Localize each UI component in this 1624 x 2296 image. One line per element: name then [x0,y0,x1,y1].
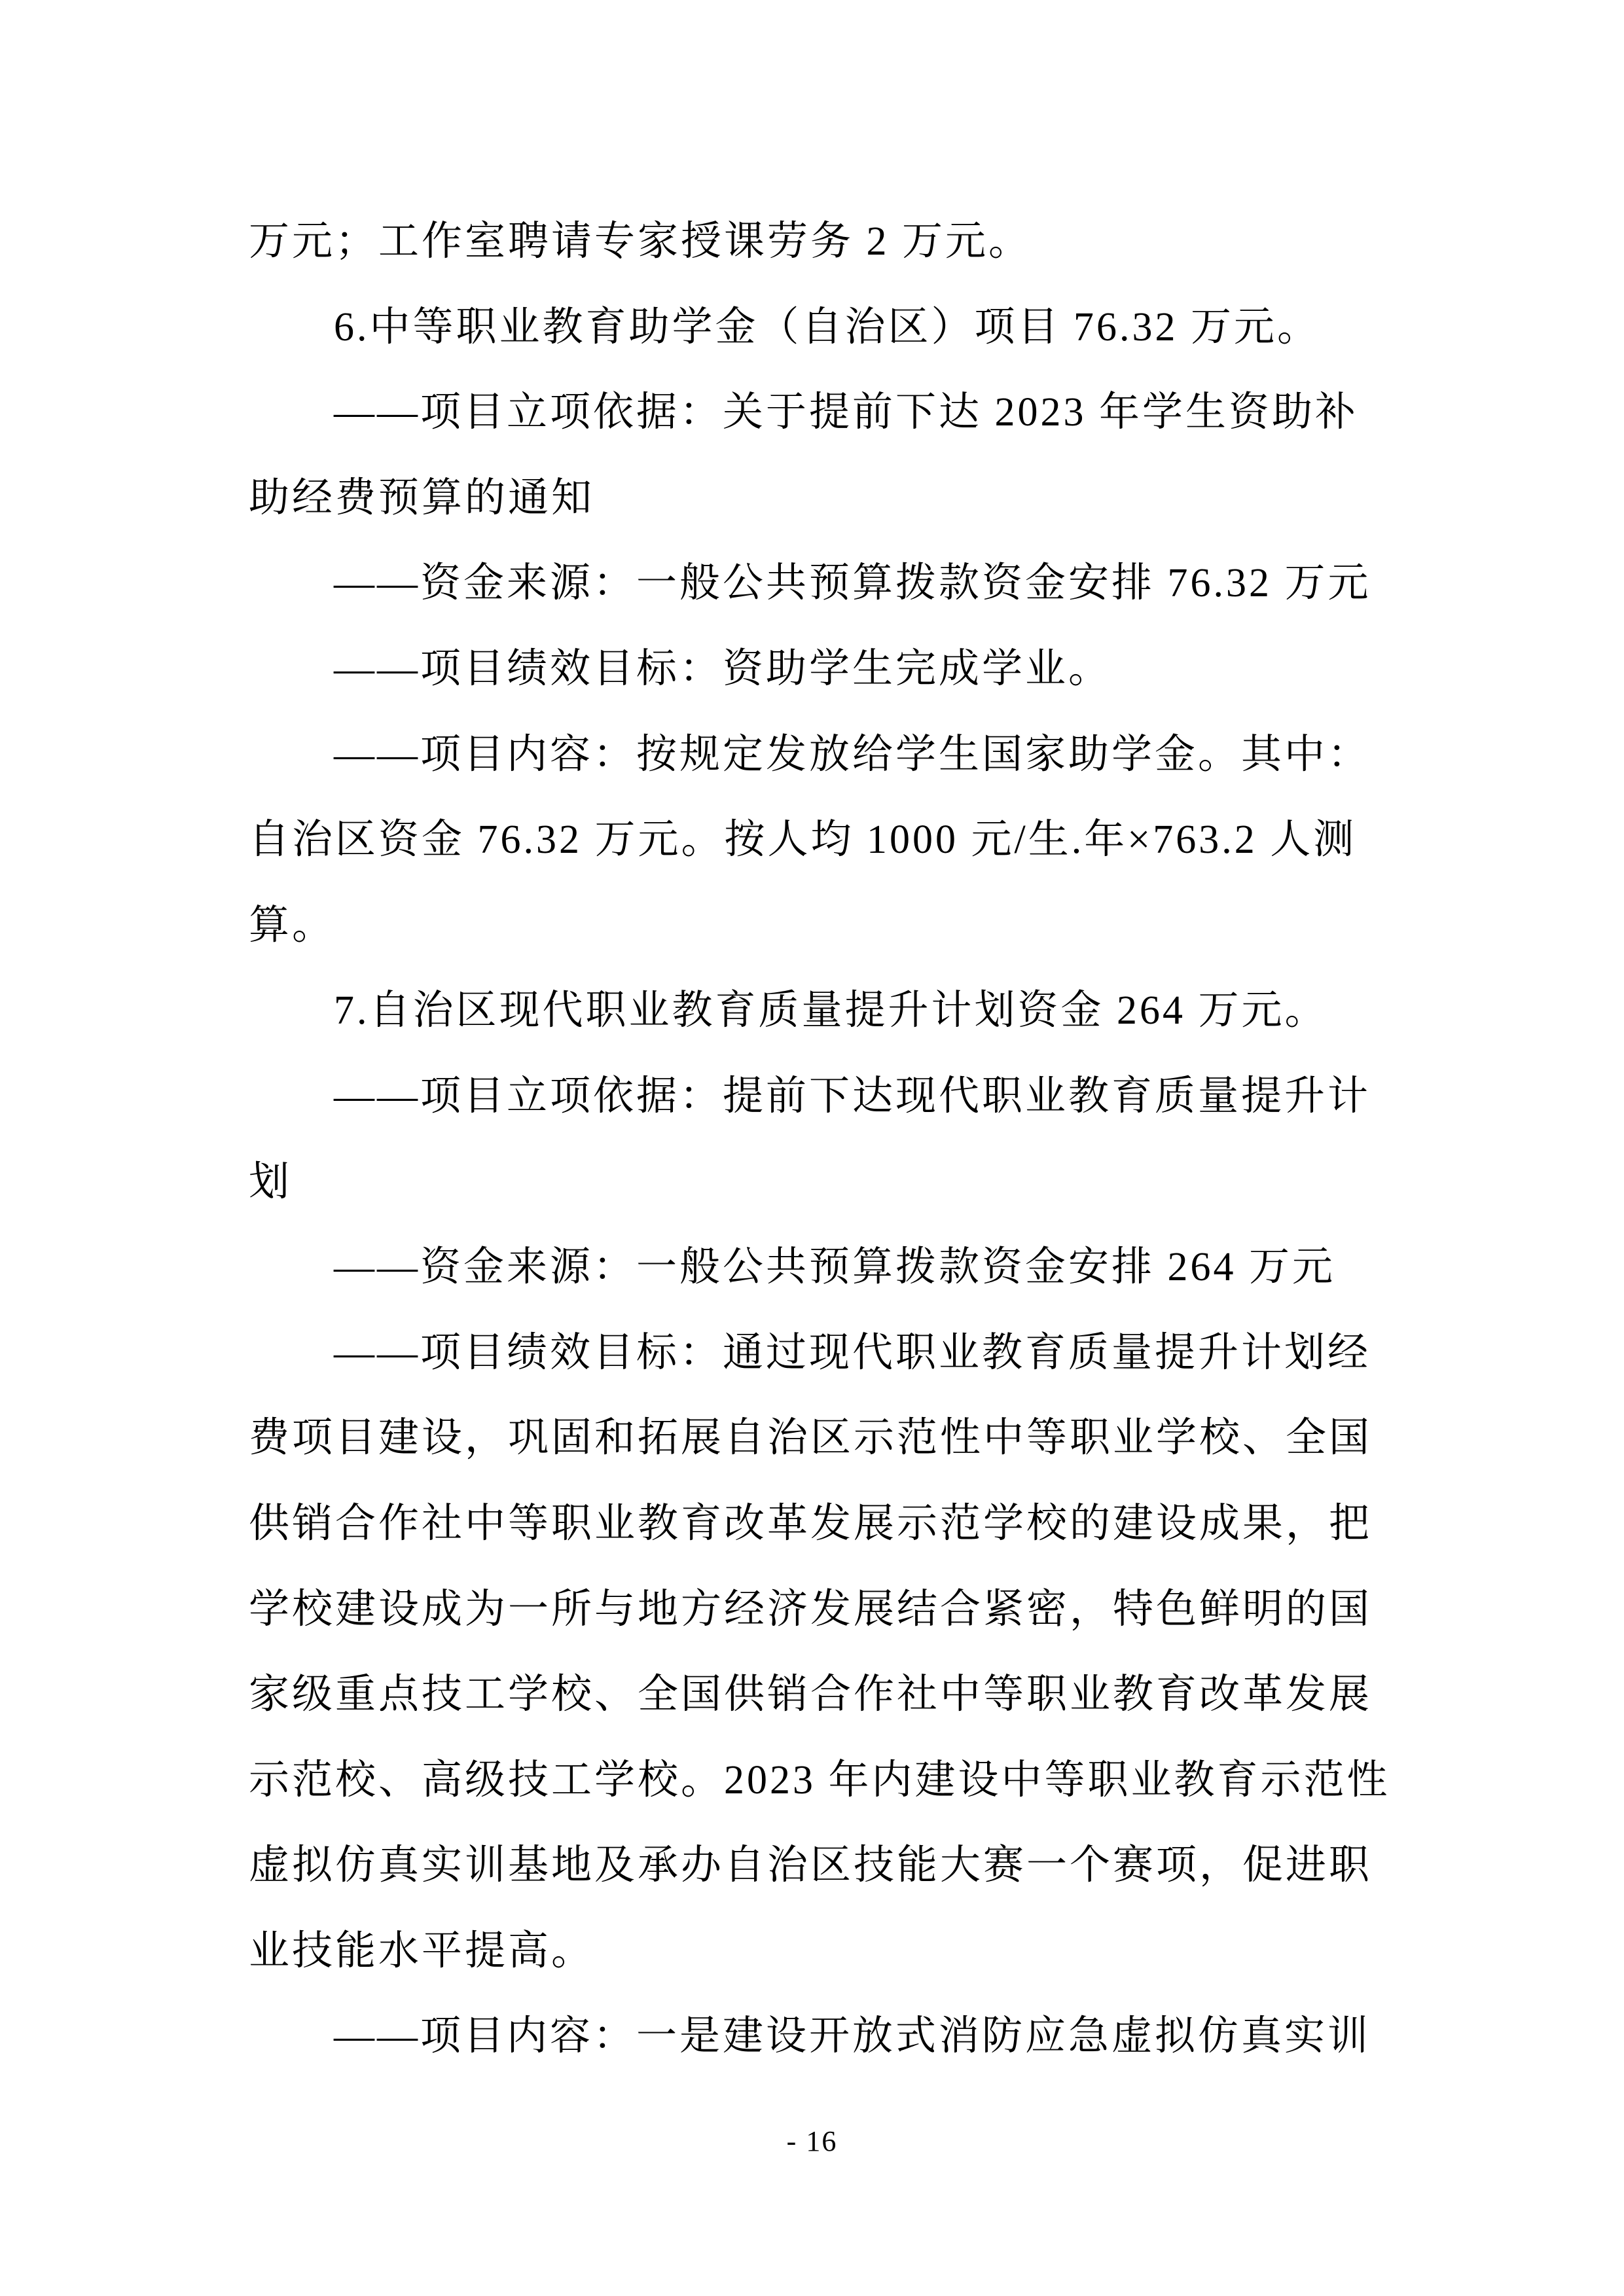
text-line: 虚拟仿真实训基地及承办自治区技能大赛一个赛项，促进职 [249,1823,1379,1909]
text-line: 划 [249,1139,1379,1225]
text-line: 供销合作社中等职业教育改革发展示范学校的建设成果，把 [249,1481,1379,1567]
text-line: 业技能水平提高。 [249,1909,1379,1994]
page-footer: - 16 [0,2122,1624,2161]
page-number: - 16 [787,2125,838,2157]
text-line: 费项目建设，巩固和拓展自治区示范性中等职业学校、全国 [249,1395,1379,1481]
text-line: ——项目绩效目标：通过现代职业教育质量提升计划经 [249,1310,1379,1396]
text-line: 算。 [249,883,1379,969]
text-line: 助经费预算的通知 [249,456,1379,541]
text-line: 自治区资金 76.32 万元。按人均 1000 元/生.年×763.2 人测 [249,797,1379,883]
text-line: ——项目内容：按规定发放给学生国家助学金。其中： [249,712,1379,798]
text-line: ——资金来源：一般公共预算拨款资金安排 264 万元 [249,1225,1379,1310]
text-line: ——项目内容：一是建设开放式消防应急虚拟仿真实训 [249,1994,1379,2079]
text-line: 学校建设成为一所与地方经济发展结合紧密，特色鲜明的国 [249,1567,1379,1653]
text-line: 6.中等职业教育助学金（自治区）项目 76.32 万元。 [249,285,1379,370]
document-body: 万元；工作室聘请专家授课劳务 2 万元。6.中等职业教育助学金（自治区）项目 7… [249,199,1379,2079]
text-line: ——项目立项依据：提前下达现代职业教育质量提升计 [249,1054,1379,1139]
document-page: 万元；工作室聘请专家授课劳务 2 万元。6.中等职业教育助学金（自治区）项目 7… [0,0,1624,2296]
text-line: ——项目绩效目标：资助学生完成学业。 [249,626,1379,712]
text-line: 万元；工作室聘请专家授课劳务 2 万元。 [249,199,1379,285]
text-line: 示范校、高级技工学校。2023 年内建设中等职业教育示范性 [249,1738,1379,1823]
text-line: ——项目立项依据：关于提前下达 2023 年学生资助补 [249,370,1379,456]
text-line: 家级重点技工学校、全国供销合作社中等职业教育改革发展 [249,1652,1379,1738]
text-line: 7.自治区现代职业教育质量提升计划资金 264 万元。 [249,968,1379,1054]
text-line: ——资金来源：一般公共预算拨款资金安排 76.32 万元 [249,541,1379,626]
